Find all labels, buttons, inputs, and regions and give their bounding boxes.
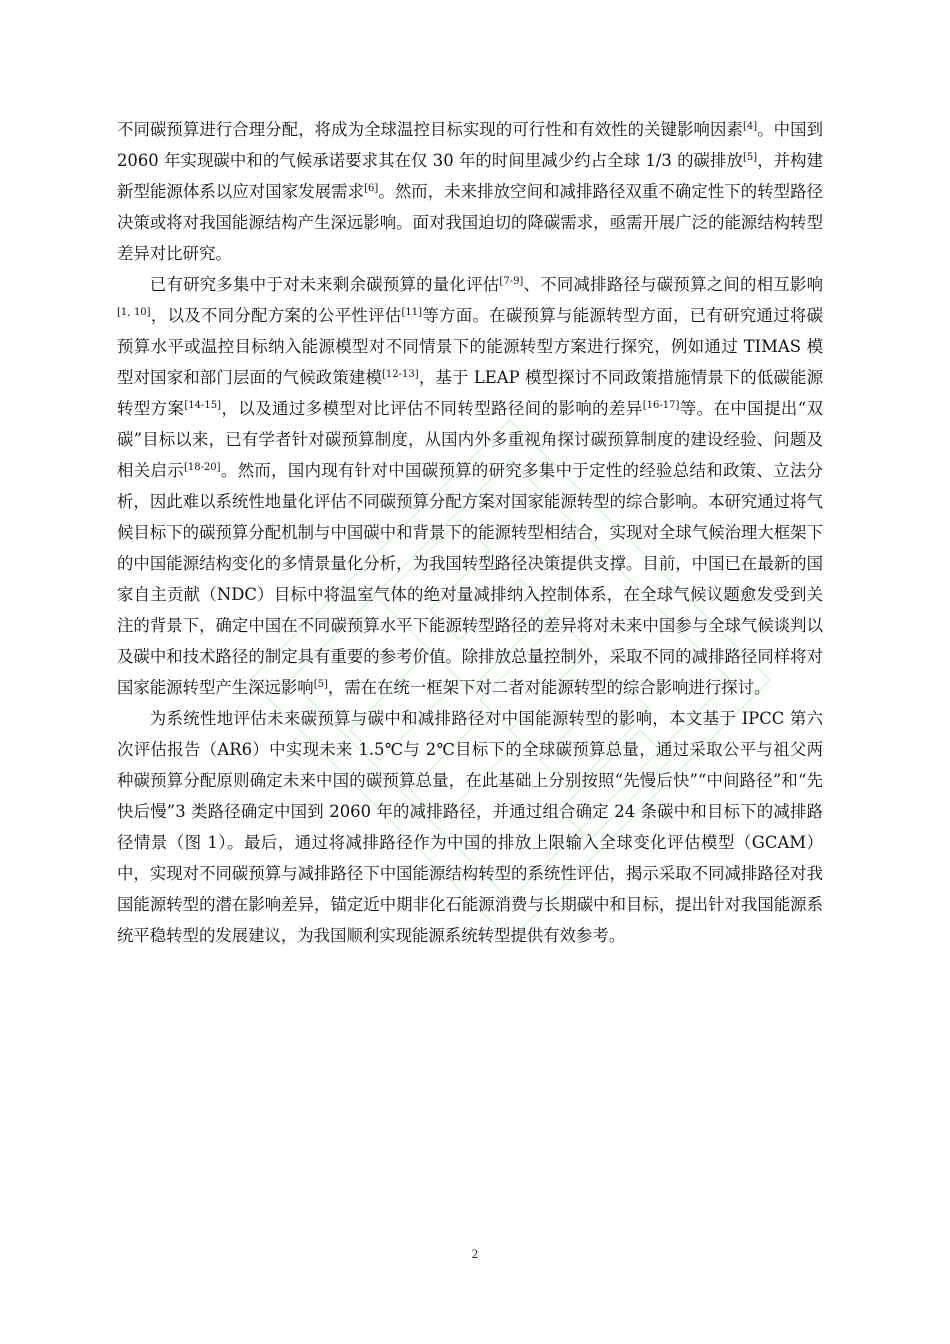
citation-reference: [18-20] xyxy=(184,462,221,473)
citation-reference: [14-15] xyxy=(184,400,221,411)
document-body: 不同碳预算进行合理分配，将成为全球温控目标实现的可行性和有效性的关键影响因素[4… xyxy=(117,114,823,951)
paragraph-text: ，以及不同分配方案的公平性评估 xyxy=(151,306,402,325)
document-page: 不同碳预算进行合理分配，将成为全球温控目标实现的可行性和有效性的关键影响因素[4… xyxy=(0,0,950,1344)
citation-reference: [5] xyxy=(314,679,328,690)
paragraph: 已有研究多集中于对未来剩余碳预算的量化评估[7-9]、不同减排路径与碳预算之间的… xyxy=(117,269,823,703)
paragraph-text: 、不同减排路径与碳预算之间的相互影响 xyxy=(523,275,823,294)
paragraph-text: 。然而，国内现有针对中国碳预算的研究多集中于定性的经验总结和政策、立法分析，因此… xyxy=(117,461,823,697)
citation-reference: [4] xyxy=(743,121,757,132)
citation-reference: [5] xyxy=(743,152,757,163)
page-number: 2 xyxy=(0,1246,950,1262)
paragraph-text: ，以及通过多模型对比评估不同转型路径间的影响的差异 xyxy=(221,399,643,418)
citation-reference: [11] xyxy=(402,307,423,318)
paragraph-text: 不同碳预算进行合理分配，将成为全球温控目标实现的可行性和有效性的关键影响因素 xyxy=(117,120,743,139)
paragraph-text: 为系统性地评估未来碳预算与碳中和减排路径对中国能源转型的影响，本文基于 IPCC… xyxy=(117,709,823,945)
citation-reference: [12-13] xyxy=(382,369,419,380)
paragraph: 不同碳预算进行合理分配，将成为全球温控目标实现的可行性和有效性的关键影响因素[4… xyxy=(117,114,823,269)
citation-reference: [6] xyxy=(364,183,378,194)
paragraph-text: 已有研究多集中于对未来剩余碳预算的量化评估 xyxy=(150,275,500,294)
paragraph-text: ，需在在统一框架下对二者对能源转型的综合影响进行探讨。 xyxy=(328,678,771,697)
citation-reference: [7-9] xyxy=(499,276,523,287)
paragraph: 为系统性地评估未来碳预算与碳中和减排路径对中国能源转型的影响，本文基于 IPCC… xyxy=(117,703,823,951)
citation-reference: [1, 10] xyxy=(117,307,151,318)
citation-reference: [16-17] xyxy=(643,400,680,411)
